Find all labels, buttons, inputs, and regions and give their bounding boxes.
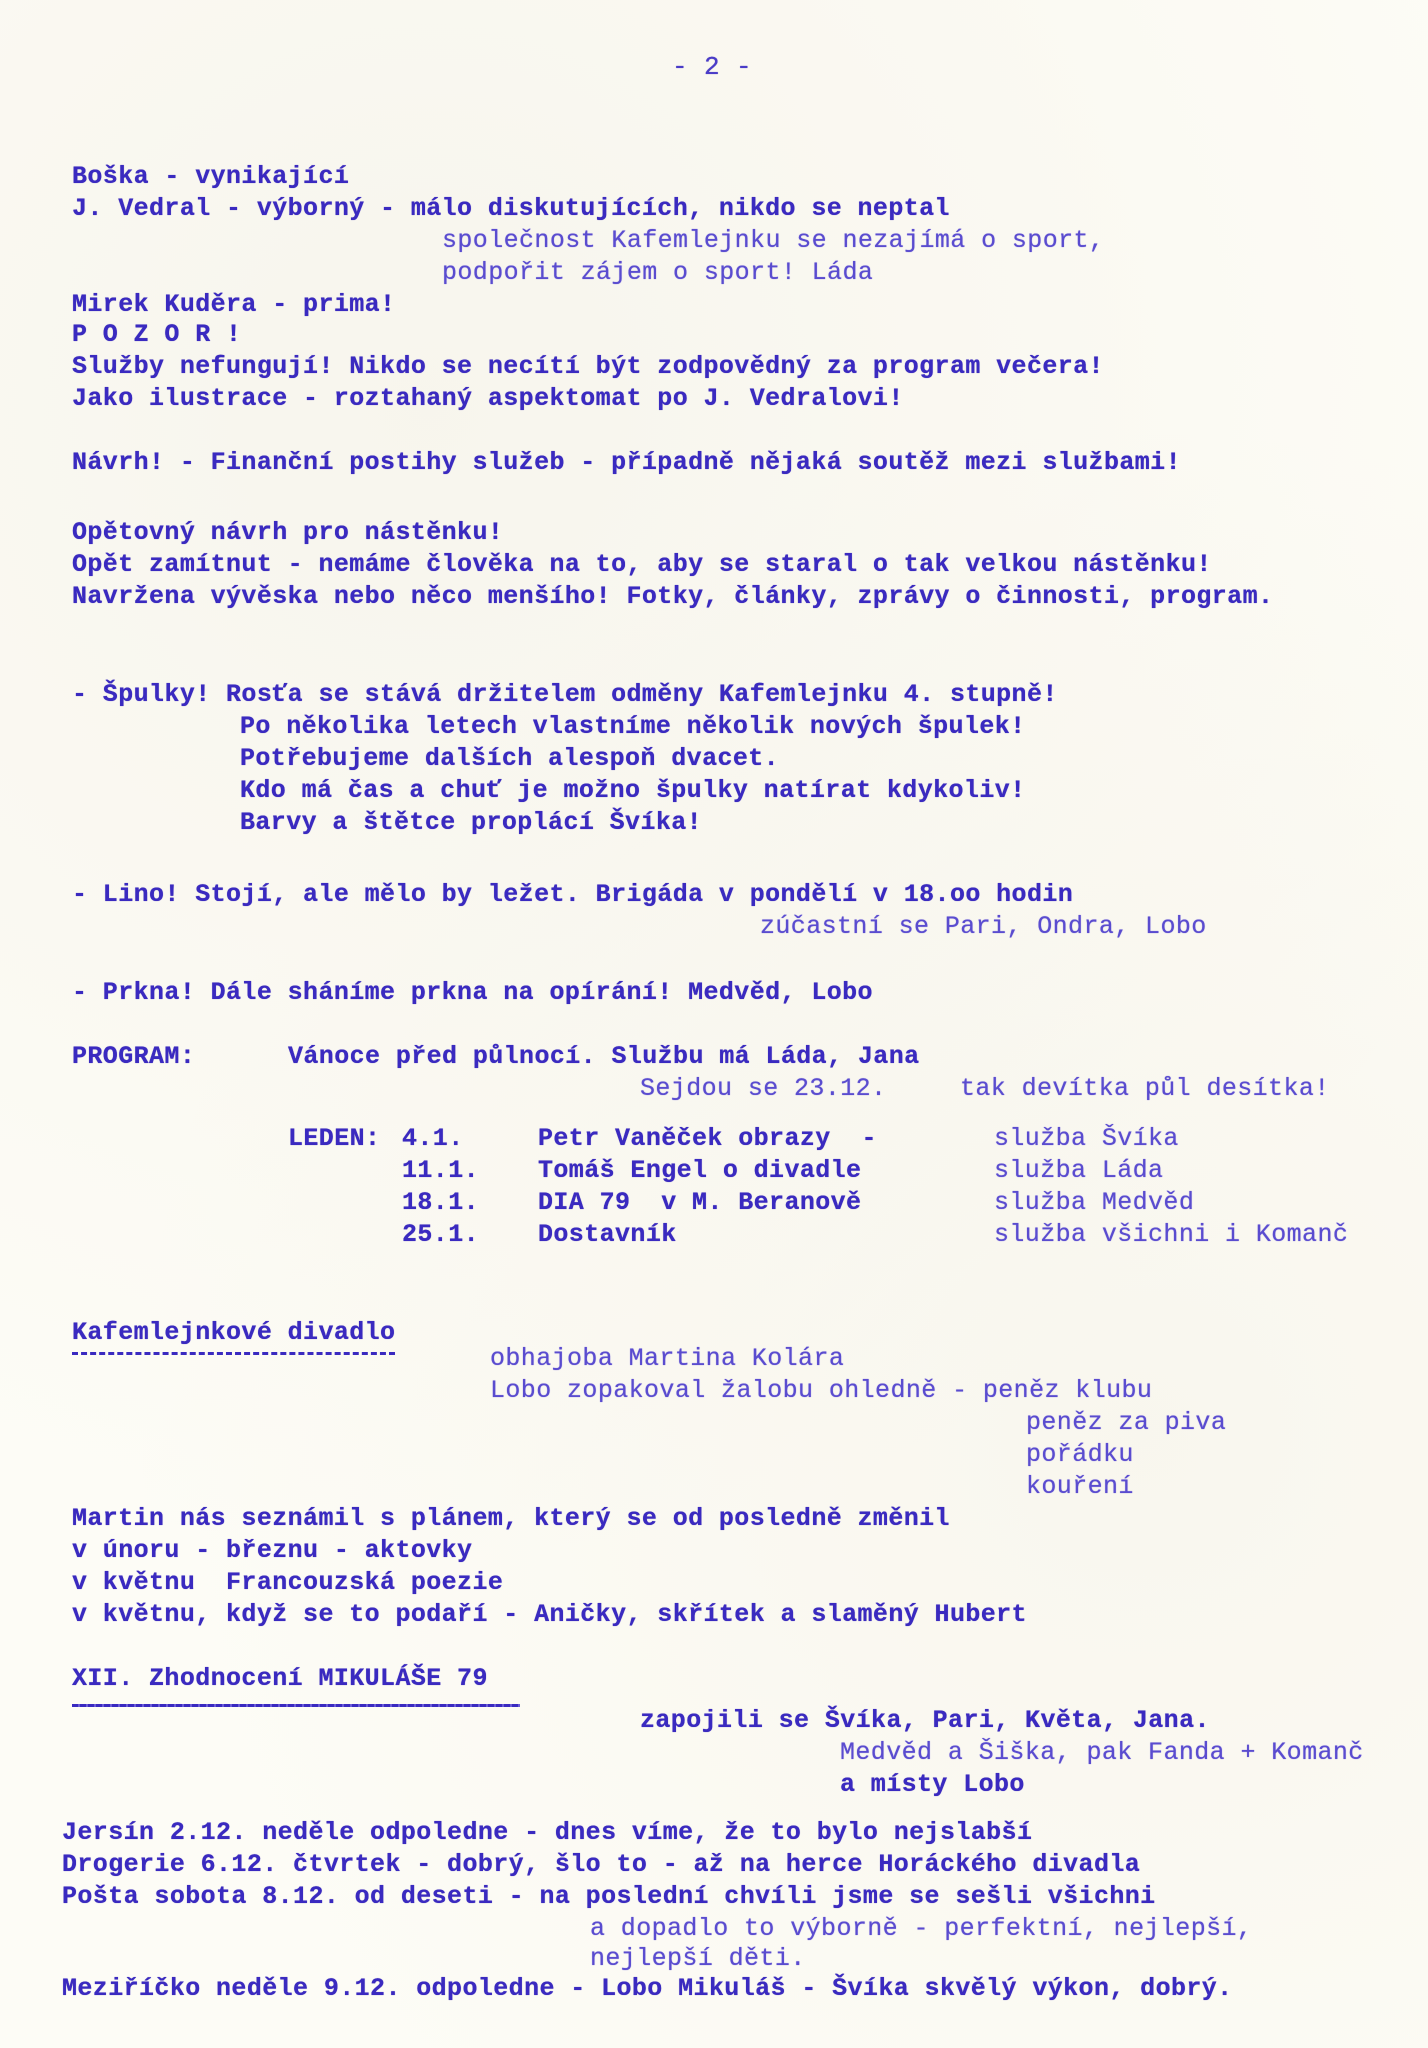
theatre-heading: Kafemlejnkové divadlo [72,1318,395,1355]
warning-title: P O Z O R ! [72,320,241,350]
proposal: Návrh! - Finanční postihy služeb - přípa… [72,448,1181,478]
mikulas-underline [72,1704,520,1707]
noticeboard-line-2: Opět zamítnut - nemáme člověka na to, ab… [72,550,1212,580]
event-title: Dostavník [538,1220,677,1250]
event-duty: služba Láda [994,1156,1163,1186]
program-month: LEDEN: [288,1124,380,1154]
mikulas-review-2: Drogerie 6.12. čtvrtek - dobrý, šlo to -… [62,1850,1140,1880]
event-date: 11.1. [402,1156,479,1186]
mikulas-review-1: Jersín 2.12. neděle odpoledne - dnes vím… [62,1818,1032,1848]
event-date: 25.1. [402,1220,479,1250]
theatre-item: pořádku [1026,1440,1134,1470]
event-duty: služba Švíka [994,1124,1179,1154]
eval-kudera: Mirek Kuděra - prima! [72,290,395,320]
warning-line-1: Služby nefungují! Nikdo se necítí být zo… [72,352,1104,382]
theatre-plan-3: v květnu Francouzská poezie [72,1568,503,1598]
mikulas-review-4: Meziříčko neděle 9.12. odpoledne - Lobo … [62,1974,1233,2004]
event-title: Petr Vaněček obrazy - [538,1124,877,1154]
lino-line-1: - Lino! Stojí, ale mělo by ležet. Brigád… [72,880,1073,910]
spulky-line-4: Kdo má čas a chuť je možno špulky natíra… [240,776,1026,806]
mikulas-line-3: a místy Lobo [840,1770,1025,1800]
program-label: PROGRAM: [72,1042,195,1072]
theatre-plan-1: Martin nás seznámil s plánem, který se o… [72,1504,950,1534]
prkna: - Prkna! Dále sháníme prkna na opírání! … [72,978,873,1008]
eval-vedral-3: podpořit zájem o sport! Láda [442,258,873,288]
mikulas-review-3c: nejlepší děti. [590,1944,806,1974]
event-date: 4.1. [402,1124,464,1154]
spulky-line-1: - Špulky! Rosťa se stává držitelem odměn… [72,680,1058,710]
mikulas-review-3b: a dopadlo to výborně - perfektní, nejlep… [590,1914,1252,1944]
eval-vedral-2: společnost Kafemlejnku se nezajímá o spo… [442,226,1104,256]
theatre-item: kouření [1026,1472,1134,1502]
mikulas-heading: XII. Zhodnocení MIKULÁŠE 79 [72,1664,488,1694]
event-title: DIA 79 v M. Beranově [538,1188,861,1218]
mikulas-review-3: Pošta sobota 8.12. od deseti - na posled… [62,1882,1156,1912]
eval-boska: Boška - vynikající [72,162,349,192]
noticeboard-line-3: Navržena vývěska nebo něco menšího! Fotk… [72,582,1273,612]
mikulas-line-2: Medvěd a Šiška, pak Fanda + Komanč [840,1738,1364,1768]
program-line-1: Vánoce před půlnocí. Službu má Láda, Jan… [288,1042,920,1072]
noticeboard-line-1: Opětovný návrh pro nástěnku! [72,518,503,548]
theatre-line-1: obhajoba Martina Kolára [490,1344,844,1374]
theatre-item: peněz za piva [1026,1408,1226,1438]
event-date: 18.1. [402,1188,479,1218]
program-line-2: Sejdou se 23.12. [640,1074,886,1104]
spulky-line-3: Potřebujeme dalších alespoň dvacet. [240,744,779,774]
event-duty: služba Medvěd [994,1188,1194,1218]
page-number: - 2 - [672,52,752,82]
spulky-line-2: Po několika letech vlastníme několik nov… [240,712,1026,742]
event-duty: služba všichni i Komanč [994,1220,1348,1250]
theatre-plan-2: v únoru - březnu - aktovky [72,1536,472,1566]
eval-vedral: J. Vedral - výborný - málo diskutujících… [72,194,950,224]
event-title: Tomáš Engel o divadle [538,1156,861,1186]
warning-line-2: Jako ilustrace - roztahaný aspektomat po… [72,384,904,414]
mikulas-line-1: zapojili se Švíka, Pari, Květa, Jana. [640,1706,1210,1736]
theatre-line-2: Lobo zopakoval žalobu ohledně - peněz kl… [490,1376,1152,1406]
spulky-line-5: Barvy a štětce proplácí Švíka! [240,808,702,838]
theatre-plan-4: v květnu, když se to podaří - Aničky, sk… [72,1600,1027,1630]
lino-line-2: zúčastní se Pari, Ondra, Lobo [760,912,1207,942]
program-line-2b: tak devítka půl desítka! [960,1074,1330,1104]
